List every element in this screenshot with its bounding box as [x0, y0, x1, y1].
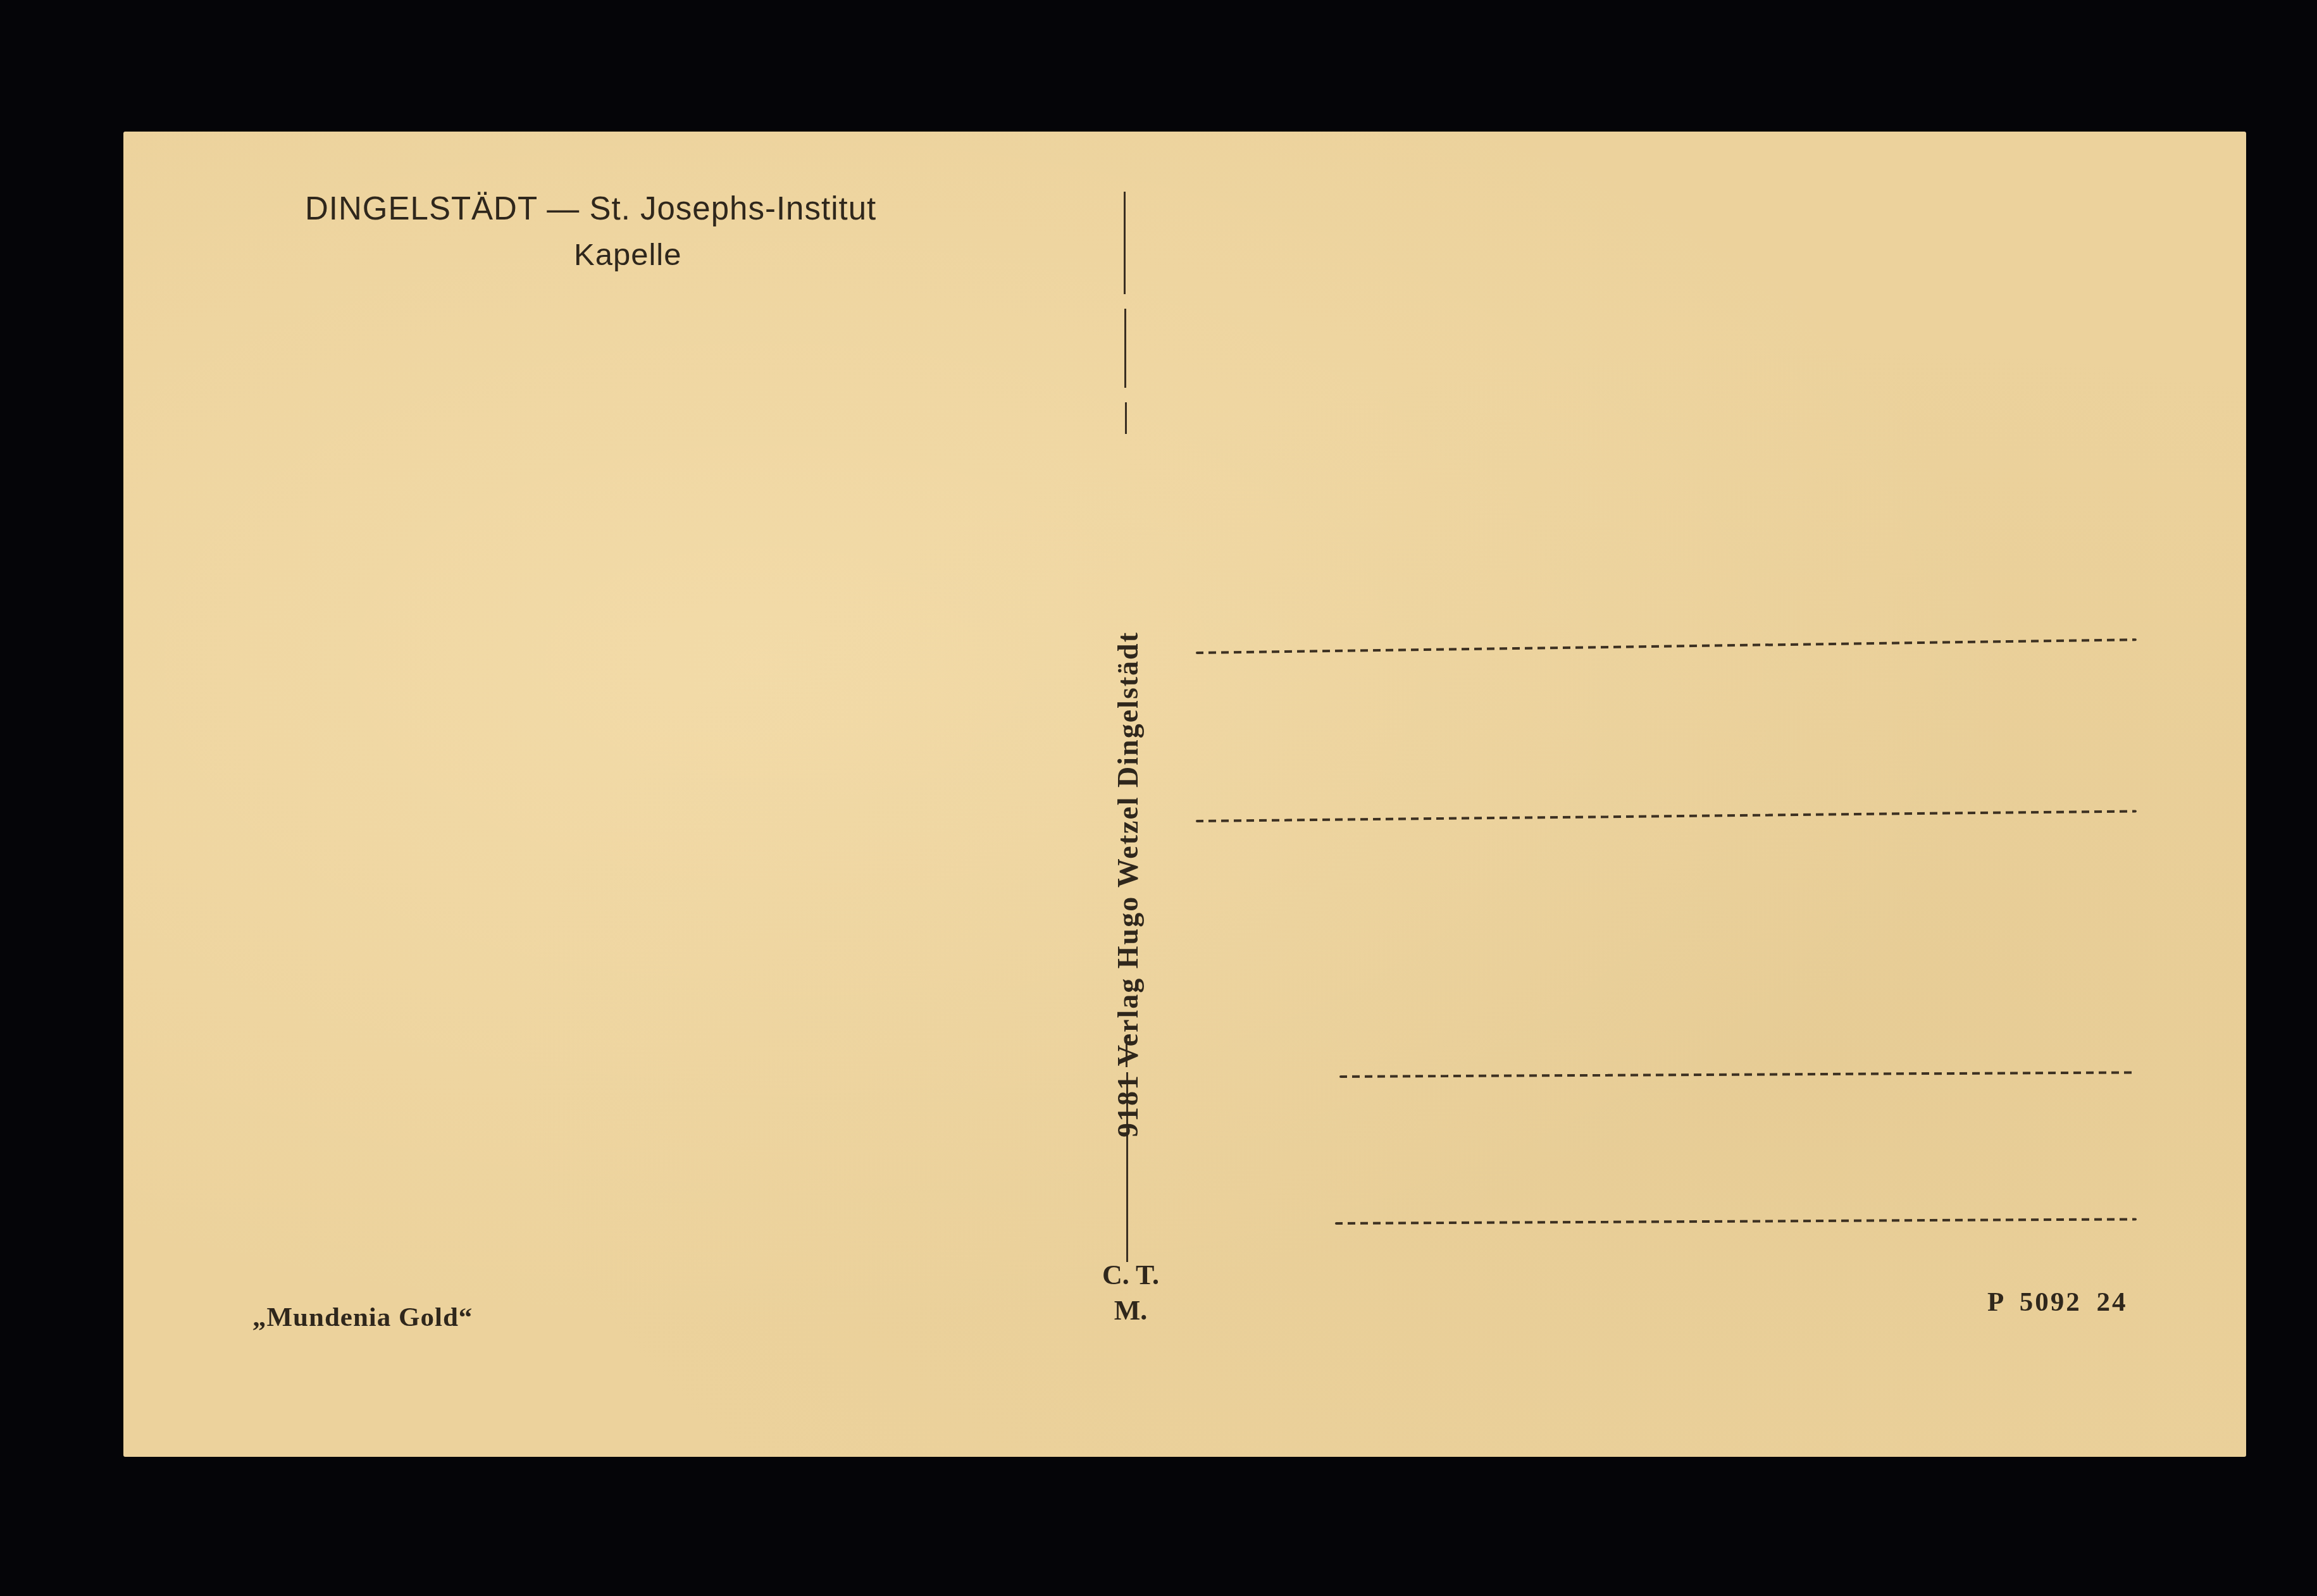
address-line-4: [1335, 1218, 2137, 1225]
divider-line-segment: [1124, 192, 1126, 294]
divider-line-segment: [1125, 402, 1127, 434]
address-line-3: [1339, 1071, 2137, 1078]
paper-brand: „Mundenia Gold“: [252, 1302, 473, 1333]
serial-number: P 5092 24: [1987, 1287, 2127, 1318]
postcard-title: DINGELSTÄDT — St. Josephs-Institut: [305, 190, 876, 227]
printer-mark: C. T. M.: [1077, 1258, 1184, 1328]
divider-line-segment: [1124, 309, 1126, 388]
address-line-1: [1196, 638, 2137, 654]
printer-mark-line1: C. T.: [1077, 1258, 1184, 1293]
printer-mark-line2: M.: [1077, 1293, 1184, 1328]
address-line-2: [1196, 810, 2137, 822]
postcard-back: DINGELSTÄDT — St. Josephs-Institut Kapel…: [123, 132, 2246, 1457]
publisher-text: 9181 Verlag Hugo Wetzel Dingelstädt: [1111, 631, 1145, 1137]
postcard-subtitle: Kapelle: [574, 237, 681, 273]
